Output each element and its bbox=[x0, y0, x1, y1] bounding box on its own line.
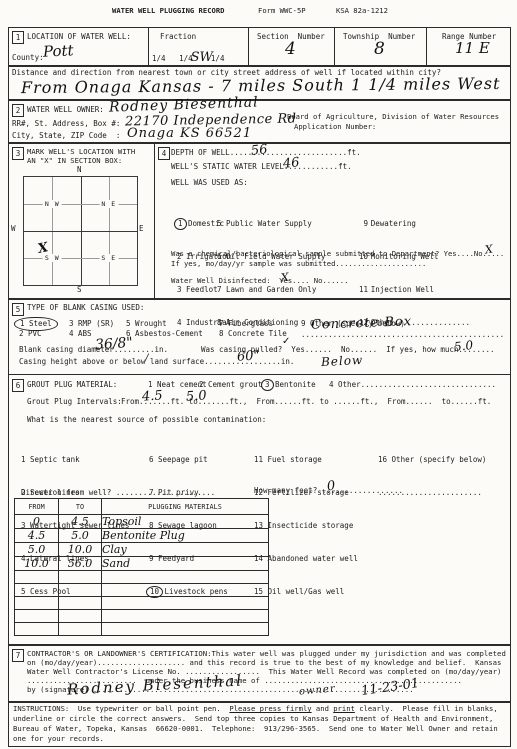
section-value: 4 bbox=[285, 41, 296, 58]
cont-label: Fuel storage bbox=[268, 455, 322, 464]
compass-n: N bbox=[77, 166, 82, 175]
casing-num: 2 bbox=[19, 329, 24, 338]
casing-fiberglass: 7 Fiberglass bbox=[219, 320, 273, 329]
material-label: Bentonite bbox=[275, 380, 316, 389]
use-item: 5 Public Water Supply bbox=[217, 218, 325, 229]
plug-material: Sand bbox=[102, 557, 269, 571]
box6-grout: 6 GROUT PLUG MATERIAL: 1 Neat cement 2 C… bbox=[8, 374, 511, 645]
plug-from bbox=[15, 610, 59, 623]
section-grid: N W N E S W S E X bbox=[23, 176, 138, 286]
casing-label: Wrought bbox=[135, 319, 167, 328]
use-num: 7 bbox=[217, 285, 222, 294]
grid-line bbox=[24, 258, 137, 259]
casing-num: 9 bbox=[301, 319, 306, 328]
plug-from: 5.0 bbox=[15, 543, 59, 557]
box2-number: 2 bbox=[12, 104, 24, 117]
contamination-column-4: 16 Other (specify below) ...............… bbox=[378, 432, 486, 520]
used-as-label: WELL WAS USED AS: bbox=[171, 179, 248, 188]
form-title: WATER WELL PLUGGING RECORD bbox=[112, 7, 225, 15]
box1-number: 1 bbox=[12, 31, 24, 44]
cont-num: 1 bbox=[21, 455, 26, 464]
casing-num: 3 bbox=[69, 319, 74, 328]
cont-label: Seepage pit bbox=[158, 455, 208, 464]
water-well-plugging-record-form: WATER WELL PLUGGING RECORD Form WWC-5P K… bbox=[0, 0, 517, 749]
address-label: RR#, St. Address, Box #: bbox=[12, 120, 120, 129]
plug-to bbox=[59, 571, 102, 584]
contamination-label: What is the nearest source of possible c… bbox=[27, 416, 266, 425]
box5-title: TYPE OF BLANK CASING USED: bbox=[27, 304, 144, 313]
box4-number: 4 bbox=[158, 147, 170, 160]
casing-concrete-tile: 8 Concrete Tile bbox=[219, 330, 287, 339]
casing-label: ABS bbox=[78, 329, 92, 338]
box5-number: 5 bbox=[12, 303, 24, 316]
col-materials: PLUGGING MATERIALS bbox=[102, 499, 269, 515]
plug-material bbox=[102, 610, 269, 623]
casing-num: 8 bbox=[219, 329, 224, 338]
table-row bbox=[15, 623, 269, 636]
diameter-value: 36/8" bbox=[95, 336, 134, 353]
material-num: 4 bbox=[329, 380, 334, 389]
box1-location: 1 LOCATION OF WATER WELL: County: Pott F… bbox=[8, 27, 511, 66]
use-label: Injection Well bbox=[371, 285, 434, 294]
plug-material: Topsoil bbox=[102, 515, 269, 529]
box3-number: 3 bbox=[12, 147, 24, 160]
use-label: Lawn and Garden Only bbox=[226, 285, 316, 294]
cont-item: 16 Other (specify below) bbox=[378, 454, 486, 465]
table-row bbox=[15, 597, 269, 610]
fraction-line: 1/4 1/4SW1/4 bbox=[152, 51, 224, 64]
casing-other-value: Concrete Box bbox=[311, 315, 413, 332]
plug-from: 10.0 bbox=[15, 557, 59, 571]
box7-number: 7 bbox=[12, 649, 24, 662]
cont-item: 14 Abandoned water well bbox=[254, 553, 358, 564]
plug-material bbox=[102, 623, 269, 636]
instructions-line3: Bureau of Water, Topeka, Kansas 66620-00… bbox=[13, 725, 498, 733]
casing-height-value: 60" bbox=[237, 349, 260, 364]
table-row bbox=[15, 571, 269, 584]
casing-num: 7 bbox=[219, 319, 224, 328]
table-row: 04.5Topsoil bbox=[15, 515, 269, 529]
interval-to-value: 5.0 bbox=[186, 389, 208, 403]
use-num: 1 bbox=[178, 219, 183, 228]
casing-num: 1 bbox=[20, 319, 25, 328]
casing-pvc: 2 PVC bbox=[19, 330, 42, 339]
use-label: Public Water Supply bbox=[226, 219, 312, 228]
sample-date-line: If yes, mo/day/yr sample was submitted..… bbox=[171, 260, 426, 268]
box4-well-info: 4 DEPTH OF WELL.........................… bbox=[154, 143, 511, 299]
material-label: Other.............................. bbox=[338, 380, 496, 389]
static-level-value: 46 bbox=[282, 156, 300, 171]
circled-option: 3 bbox=[261, 379, 274, 391]
cont-label: Oil well/Gas well bbox=[268, 587, 345, 596]
table-row: 5.010.0Clay bbox=[15, 543, 269, 557]
feet-value: 0 bbox=[326, 480, 336, 494]
casing-wrought: 5 Wrought bbox=[126, 320, 167, 329]
table-row: 10.056.0Sand bbox=[15, 557, 269, 571]
plug-to bbox=[59, 610, 102, 623]
agency-line2: Application Number: bbox=[294, 123, 376, 131]
city-value: Onaga KS 66521 bbox=[127, 127, 252, 140]
compass-w: W bbox=[11, 225, 16, 234]
use-item: 11Injection Well bbox=[359, 284, 470, 295]
cont-num: 6 bbox=[149, 455, 154, 464]
fraction-post: 1/4 bbox=[211, 54, 225, 63]
township-value: 8 bbox=[374, 41, 385, 58]
plugging-table: FROM TO PLUGGING MATERIALS 04.5Topsoil 4… bbox=[14, 498, 269, 636]
quadrant-ne: N E bbox=[99, 200, 118, 208]
plug-to: 4.5 bbox=[59, 515, 102, 529]
use-item: 7 Lawn and Garden Only bbox=[217, 284, 325, 295]
casing-asbestos: 6 Asbestos-Cement bbox=[126, 330, 203, 339]
county-label: County: bbox=[12, 54, 44, 63]
grout-material-label: GROUT PLUG MATERIAL: bbox=[27, 381, 117, 390]
fraction-value: SW bbox=[191, 50, 213, 65]
form-number: Form WWC-5P bbox=[258, 7, 306, 15]
instructions-underlined: Please press firmly bbox=[229, 704, 311, 713]
table-row bbox=[15, 584, 269, 597]
box7-certification: 7 CONTRACTOR'S OR LANDOWNER'S CERTIFICAT… bbox=[8, 645, 511, 702]
plug-to bbox=[59, 597, 102, 610]
grout-bentonite: 3 Bentonite bbox=[264, 381, 316, 390]
box2-owner: 2 WATER WELL OWNER: Rodney Biesenthal RR… bbox=[8, 100, 511, 143]
city-label: City, State, ZIP Code : bbox=[12, 132, 120, 141]
casing-rmp: 3 RMP (SR) bbox=[69, 320, 114, 329]
compass-s: S bbox=[77, 286, 82, 295]
box6-number: 6 bbox=[12, 379, 24, 392]
plug-from: 4.5 bbox=[15, 529, 59, 543]
disinfected-yes-mark: X bbox=[280, 272, 289, 284]
plug-from bbox=[15, 597, 59, 610]
feet-pre: How many feet? ... bbox=[254, 486, 335, 495]
signed-as: owner bbox=[299, 684, 336, 697]
grid-line bbox=[24, 231, 137, 232]
grout-cement-grout: 2 Cement grout bbox=[199, 381, 262, 390]
divider bbox=[334, 28, 335, 65]
quadrant-se: S E bbox=[99, 254, 118, 262]
cont-item: 13 Insecticide storage bbox=[254, 520, 358, 531]
col-to: TO bbox=[59, 499, 102, 515]
instructions-seg: INSTRUCTIONS: Use typewriter or ball poi… bbox=[13, 704, 229, 713]
static-level-line: WELL'S STATIC WATER LEVEL............ft. bbox=[171, 163, 352, 172]
intervals-label: Grout Plug Intervals: bbox=[27, 398, 122, 407]
box1-title: LOCATION OF WATER WELL: bbox=[27, 33, 131, 42]
cont-label: Insecticide storage bbox=[268, 521, 354, 530]
material-num: 1 bbox=[148, 380, 153, 389]
cont-label: Septic tank bbox=[30, 455, 80, 464]
plug-material bbox=[102, 584, 269, 597]
casing-pulled-yes-mark: ✓ bbox=[282, 337, 290, 347]
grout-other: 4 Other.............................. bbox=[329, 381, 496, 390]
instructions-line4: one for your records. bbox=[13, 735, 104, 743]
plug-to bbox=[59, 623, 102, 636]
material-num: 3 bbox=[265, 380, 270, 389]
casing-abs: 4 ABS bbox=[69, 330, 92, 339]
sample-no-mark: X bbox=[484, 244, 493, 256]
casing-label: Concrete Tile bbox=[228, 329, 287, 338]
instructions-underlined: print bbox=[333, 704, 355, 713]
box5-casing: 5 TYPE OF BLANK CASING USED: 1 Steel 3 R… bbox=[8, 299, 511, 375]
grid-line bbox=[24, 204, 137, 205]
divider bbox=[148, 28, 149, 65]
use-label: Dewatering bbox=[371, 219, 416, 228]
casing-steel: 1 Steel bbox=[19, 320, 53, 329]
instructions-seg: and bbox=[312, 704, 334, 713]
instructions-seg: clearly. Please fill in blanks, bbox=[355, 704, 498, 713]
feet-post: ............... bbox=[335, 486, 403, 495]
instructions-box: INSTRUCTIONS: Use typewriter or ball poi… bbox=[8, 702, 511, 747]
material-label: Cement grout bbox=[208, 380, 262, 389]
cont-num: 11 bbox=[254, 455, 263, 464]
statute-number: KSA 82a-1212 bbox=[336, 7, 388, 15]
casing-label: Steel bbox=[29, 319, 52, 328]
fraction-label: Fraction bbox=[160, 33, 196, 42]
casing-num: 5 bbox=[126, 319, 131, 328]
quadrant-nw: N W bbox=[43, 200, 62, 208]
divider bbox=[426, 28, 427, 65]
box3-section-map: 3 MARK WELL'S LOCATION WITH AN "X" IN SE… bbox=[8, 143, 155, 299]
county-value: Pott bbox=[43, 43, 74, 60]
cont-item: 11 Fuel storage bbox=[254, 454, 358, 465]
casing-pulled-amount: 5.0 bbox=[453, 339, 473, 353]
use-num: 3 bbox=[177, 285, 182, 294]
casing-label: Fiberglass bbox=[228, 319, 273, 328]
casing-other-dots: ........................................… bbox=[301, 331, 504, 340]
instructions-line1: INSTRUCTIONS: Use typewriter or ball poi… bbox=[13, 705, 498, 713]
plug-to: 5.0 bbox=[59, 529, 102, 543]
distance-value: From Onaga Kansas - 7 miles South 1 1/4 … bbox=[21, 76, 501, 96]
casing-label: Asbestos-Cement bbox=[135, 329, 203, 338]
plug-to: 10.0 bbox=[59, 543, 102, 557]
distance-row: Distance and direction from nearest town… bbox=[8, 66, 511, 100]
circled-option: 1 bbox=[174, 218, 187, 230]
casing-num: 4 bbox=[69, 329, 74, 338]
cont-item: 15 Oil well/Gas well bbox=[254, 586, 358, 597]
casing-height-note: Below bbox=[321, 354, 364, 368]
range-value: 11 E bbox=[455, 41, 490, 56]
plug-material bbox=[102, 597, 269, 610]
direction-line: Direction from well? ...................… bbox=[21, 489, 215, 498]
use-num: 9 bbox=[359, 218, 368, 229]
compass-e: E bbox=[139, 225, 144, 234]
use-num: 5 bbox=[217, 219, 222, 228]
use-num: 11 bbox=[359, 284, 368, 295]
plug-to bbox=[59, 584, 102, 597]
plug-from bbox=[15, 571, 59, 584]
sample-question-line: Was a chemical/bacteriological sample su… bbox=[171, 250, 504, 258]
casing-label: PVC bbox=[28, 329, 42, 338]
fraction-pre: 1/4 1/4 bbox=[152, 54, 193, 63]
plug-header-row: FROM TO PLUGGING MATERIALS bbox=[15, 499, 269, 515]
interval-from-value: 4.5 bbox=[142, 389, 164, 403]
box3-title2: AN "X" IN SECTION BOX: bbox=[27, 157, 122, 165]
cont-item: 1 Septic tank bbox=[21, 454, 129, 465]
use-label: Feedlot bbox=[186, 285, 218, 294]
owner-label: WATER WELL OWNER: bbox=[27, 106, 104, 115]
plug-from bbox=[15, 584, 59, 597]
plug-material bbox=[102, 571, 269, 584]
cont-label: Abandoned water well bbox=[268, 554, 358, 563]
divider bbox=[248, 28, 249, 65]
plug-from: 0 bbox=[15, 515, 59, 529]
table-row: 4.55.0Bentonite Plug bbox=[15, 529, 269, 543]
plug-material: Clay bbox=[102, 543, 269, 557]
plug-material: Bentonite Plug bbox=[102, 529, 269, 543]
cont-item: 6 Seepage pit bbox=[149, 454, 228, 465]
well-location-x-mark: X bbox=[36, 241, 49, 256]
use-item: 9Dewatering bbox=[359, 218, 470, 229]
plug-from bbox=[15, 623, 59, 636]
disinfected-line: Water Well Disinfected: Yes.... No...... bbox=[171, 277, 348, 285]
intervals-line: From.......ft. to.......ft., From......f… bbox=[121, 398, 491, 407]
contamination-column-3: 11 Fuel storage 12 Fertilizer storage 13… bbox=[254, 432, 358, 619]
agency-line1: Board of Agriculture, Division of Water … bbox=[287, 113, 499, 121]
col-from: FROM bbox=[15, 499, 59, 515]
height-caret-mark: / bbox=[145, 354, 148, 364]
table-row bbox=[15, 610, 269, 623]
plug-to: 56.0 bbox=[59, 557, 102, 571]
casing-label: RMP (SR) bbox=[78, 319, 114, 328]
instructions-line2: underline or circle the correct answers.… bbox=[13, 715, 493, 723]
depth-value: 56 bbox=[250, 143, 268, 158]
